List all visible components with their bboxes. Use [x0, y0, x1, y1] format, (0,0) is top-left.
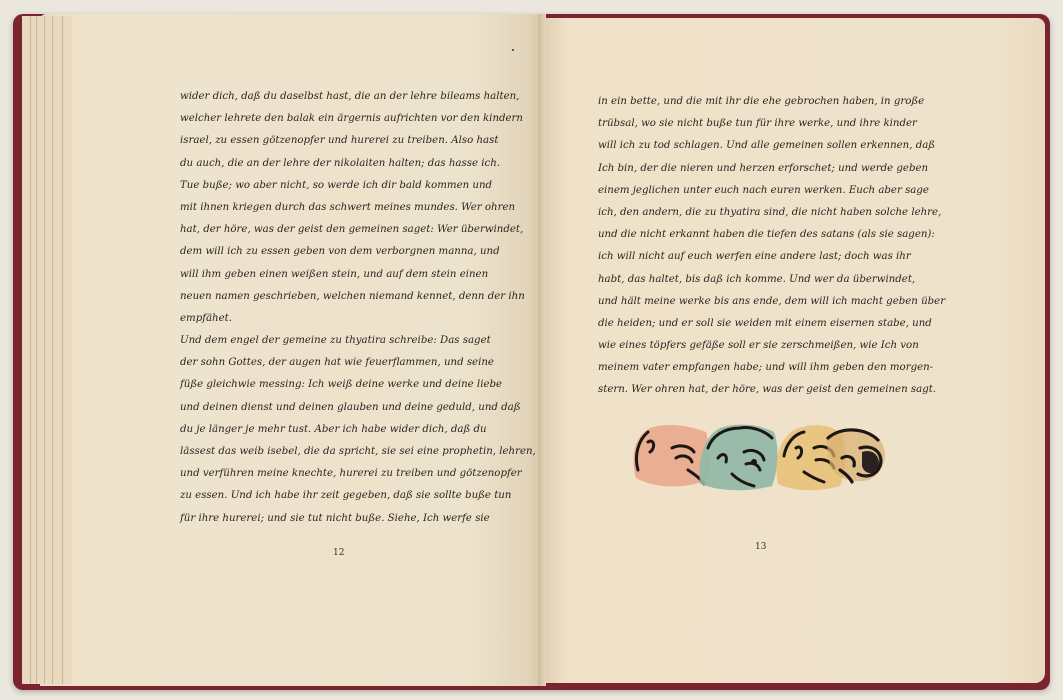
text-line: du je länger je mehr tust. Aber ich habe… — [180, 419, 510, 441]
text-line: wie eines töpfers gefäße soll er sie zer… — [598, 335, 923, 357]
text-line: lässest das weib isebel, die da spricht,… — [180, 441, 510, 463]
page-number-left: 12 — [333, 548, 344, 558]
open-book: wider dich, daß du daselbst hast, die an… — [0, 0, 1063, 700]
text-line: israel, zu essen götzenopfer und hurerei… — [180, 130, 510, 152]
text-line: will ich zu tod schlagen. Und alle gemei… — [598, 135, 923, 157]
text-line: und die nicht erkannt haben die tiefen d… — [598, 224, 923, 246]
watercolor-heads-illustration — [628, 418, 890, 494]
text-line: Und dem engel der gemeine zu thyatira sc… — [180, 330, 510, 352]
text-line: empfähet. — [180, 308, 510, 330]
text-line: ich, den andern, die zu thyatira sind, d… — [598, 202, 923, 224]
text-line: stern. Wer ohren hat, der höre, was der … — [598, 379, 923, 401]
left-page-text: wider dich, daß du daselbst hast, die an… — [180, 86, 510, 530]
right-page-text: in ein bette, und die mit ihr die ehe ge… — [598, 91, 923, 402]
text-line: und hält meine werke bis ans ende, dem w… — [598, 291, 923, 313]
text-line: neuen namen geschrieben, welchen niemand… — [180, 286, 510, 308]
text-line: für ihre hurerei; und sie tut nicht buße… — [180, 508, 510, 530]
text-line: du auch, die an der lehre der nikolaiten… — [180, 153, 510, 175]
text-line: und deinen dienst und deinen glauben und… — [180, 397, 510, 419]
text-line: trübsal, wo sie nicht buße tun für ihre … — [598, 113, 923, 135]
text-line: meinem vater empfangen habe; und will ih… — [598, 357, 923, 379]
text-line: einem jeglichen unter euch nach euren we… — [598, 180, 923, 202]
text-line: die heiden; und er soll sie weiden mit e… — [598, 313, 923, 335]
page-number-right: 13 — [755, 542, 766, 552]
text-line: will ihm geben einen weißen stein, und a… — [180, 264, 510, 286]
text-line: in ein bette, und die mit ihr die ehe ge… — [598, 91, 923, 113]
text-line: welcher lehrete den balak ein ärgernis a… — [180, 108, 510, 130]
text-line: mit ihnen kriegen durch das schwert mein… — [180, 197, 510, 219]
text-line: Tue buße; wo aber nicht, so werde ich di… — [180, 175, 510, 197]
text-line: und verführen meine knechte, hurerei zu … — [180, 463, 510, 485]
page-edges — [22, 16, 72, 684]
paper-speck — [512, 49, 514, 51]
text-line: Ich bin, der die nieren und herzen erfor… — [598, 158, 923, 180]
text-line: hat, der höre, was der geist den gemeine… — [180, 219, 510, 241]
text-line: dem will ich zu essen geben von dem verb… — [180, 241, 510, 263]
text-line: ich will nicht auf euch werfen eine ande… — [598, 246, 923, 268]
text-line: zu essen. Und ich habe ihr zeit gegeben,… — [180, 485, 510, 507]
text-line: wider dich, daß du daselbst hast, die an… — [180, 86, 510, 108]
text-line: der sohn Gottes, der augen hat wie feuer… — [180, 352, 510, 374]
book-gutter — [538, 14, 546, 686]
text-line: füße gleichwie messing: Ich weiß deine w… — [180, 374, 510, 396]
text-line: habt, das haltet, bis daß ich komme. Und… — [598, 269, 923, 291]
